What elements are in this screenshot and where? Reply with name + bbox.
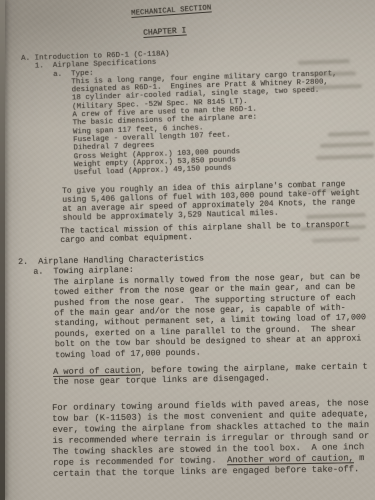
towing-procedure-paragraph: For ordinary towing around fields with p… <box>52 398 370 480</box>
intro-specifications-block: A. Introduction to R6D-1 (C-118A) 1. Air… <box>21 45 340 179</box>
scanned-document-photo: MECHANICAL SECTION CHAPTER I A. Introduc… <box>0 0 375 500</box>
handling-characteristics-block: 2. Airplane Handling Characteristics a. … <box>18 250 367 361</box>
text-segment: m <box>354 453 365 463</box>
underlined-text: Another word of caution, <box>227 453 354 465</box>
photo-left-edge-shadow <box>0 0 5 500</box>
